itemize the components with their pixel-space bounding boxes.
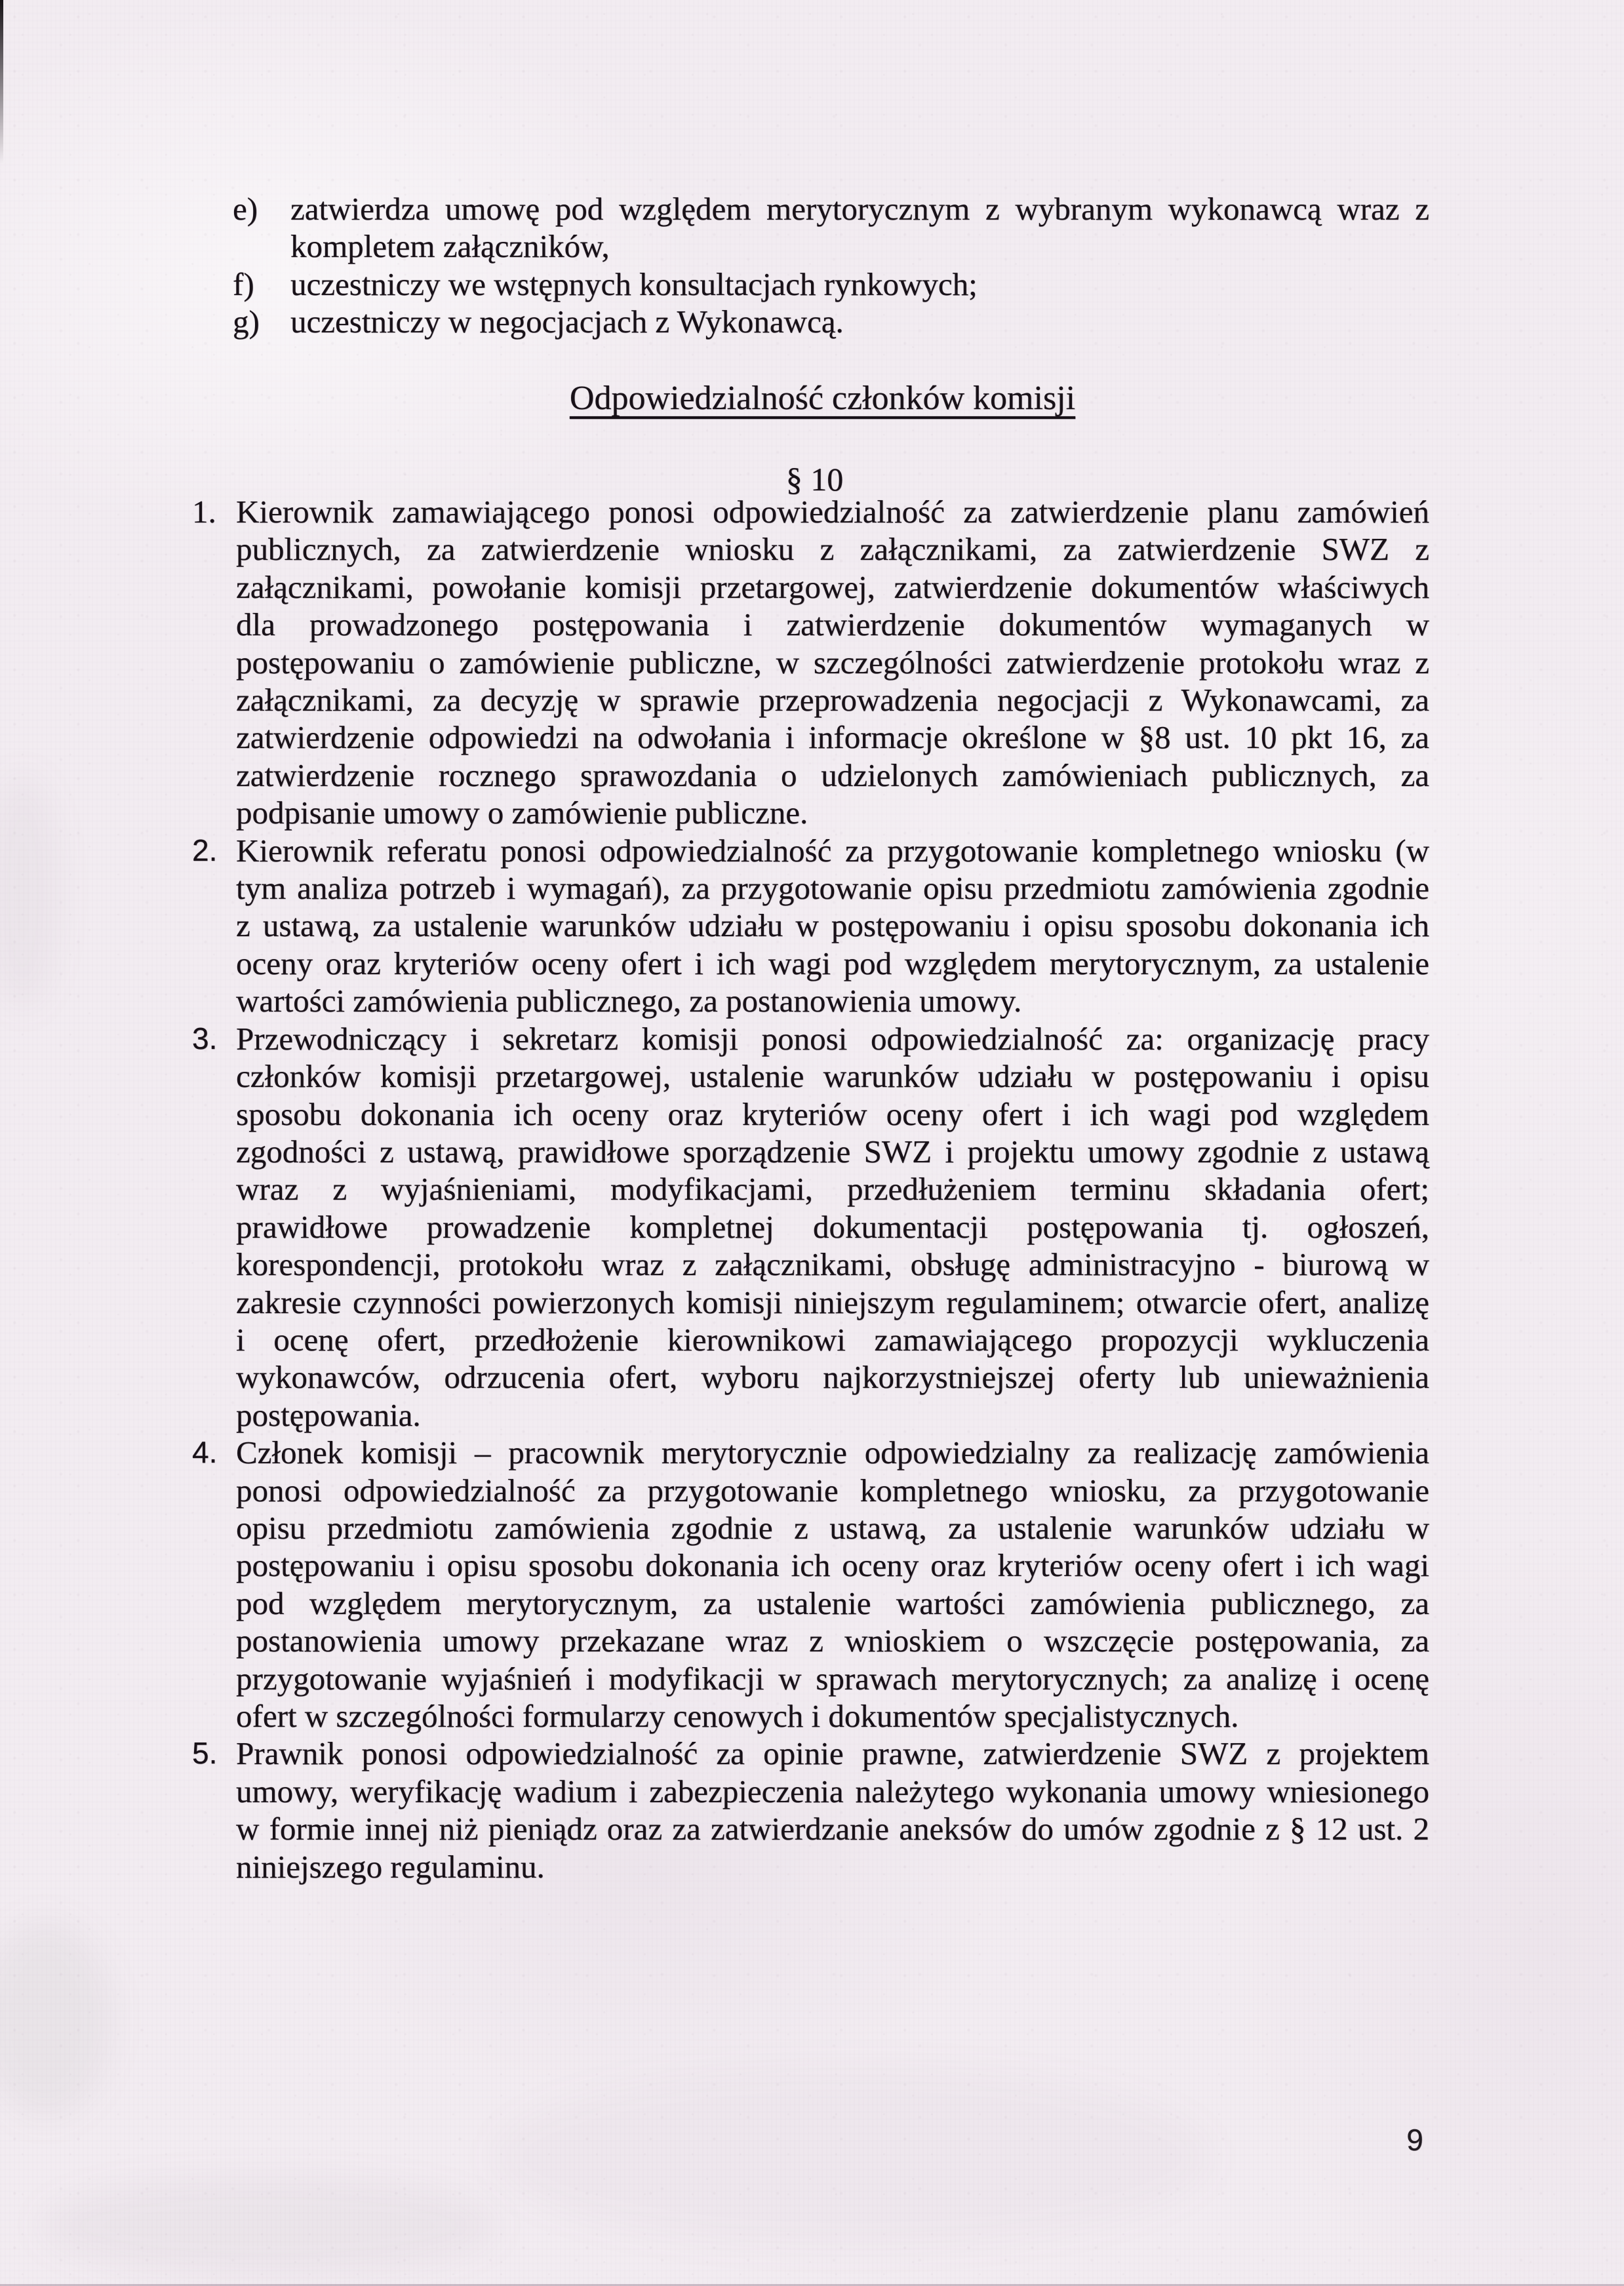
text-line: wraz z wyjaśnieniami, modyfikacjami, prz… — [236, 1170, 1429, 1208]
text-line: ofert w szczególności formularzy cenowyc… — [236, 1697, 1429, 1735]
text-line: korespondencji, protokołu wraz z załączn… — [236, 1246, 1429, 1283]
text-line: umowy, weryfikację wadium i zabezpieczen… — [236, 1773, 1429, 1810]
scan-smudge — [39, 2177, 498, 2275]
text-line: w formie innej niż pieniądz oraz za zatw… — [236, 1810, 1429, 1847]
item-label: e) — [233, 190, 290, 227]
item-label: g) — [233, 303, 290, 340]
text-line: zakresie czynności powierzonych komisji … — [236, 1284, 1429, 1321]
heading-row: Odpowiedzialność członków komisji — [10, 379, 1624, 418]
item-text: Kierownik zamawiającego ponosi odpowiedz… — [236, 493, 1429, 832]
text-line: niniejszego regulaminu. — [236, 1848, 1429, 1885]
item-label: 2. — [192, 832, 236, 869]
item-text: uczestniczy w negocjacjach z Wykonawcą. — [290, 303, 1429, 340]
text-line: postępowaniu o zamówienie publiczne, w s… — [236, 644, 1429, 681]
text-line: prawidłowe prowadzenie kompletnej dokume… — [236, 1208, 1429, 1246]
scanned-document-page: { "page_number": "9", "heading": "Odpowi… — [0, 0, 1624, 2286]
list-item: 1.Kierownik zamawiającego ponosi odpowie… — [192, 493, 1429, 832]
section-heading: Odpowiedzialność członków komisji — [570, 380, 1075, 417]
item-text: Prawnik ponosi odpowiedzialność za opini… — [236, 1735, 1429, 1885]
scan-smudge — [492, 2065, 1213, 2249]
text-line: Kierownik referatu ponosi odpowiedzialno… — [236, 832, 1429, 869]
text-line: oceny oraz kryteriów oceny ofert i ich w… — [236, 945, 1429, 982]
text-line: uczestniczy w negocjacjach z Wykonawcą. — [290, 303, 1429, 340]
item-text: uczestniczy we wstępnych konsultacjach r… — [290, 266, 1429, 303]
list-item: g)uczestniczy w negocjacjach z Wykonawcą… — [233, 303, 1429, 340]
numbered-list: 1.Kierownik zamawiającego ponosi odpowie… — [192, 493, 1429, 1885]
item-text: Przewodniczący i sekretarz komisji ponos… — [236, 1020, 1429, 1434]
list-item: 5.Prawnik ponosi odpowiedzialność za opi… — [192, 1735, 1429, 1885]
text-line: zatwierdza umowę pod względem merytorycz… — [290, 190, 1429, 227]
text-line: publicznych, za zatwierdzenie wniosku z … — [236, 530, 1429, 568]
text-line: zatwierdzenie odpowiedzi na odwołania i … — [236, 719, 1429, 756]
text-line: kompletem załączników, — [290, 227, 1429, 265]
text-line: sposobu dokonania ich oceny oraz kryteri… — [236, 1095, 1429, 1133]
text-line: członków komisji przetargowej, ustalenie… — [236, 1057, 1429, 1095]
list-item: 2.Kierownik referatu ponosi odpowiedzial… — [192, 832, 1429, 1020]
item-label: 1. — [192, 493, 236, 530]
scan-edge-artifact — [0, 0, 3, 164]
item-text: Kierownik referatu ponosi odpowiedzialno… — [236, 832, 1429, 1020]
text-line: pod względem merytorycznym, za ustalenie… — [236, 1585, 1429, 1622]
text-line: opisu przedmiotu zamówienia zgodnie z us… — [236, 1509, 1429, 1547]
text-line: ponosi odpowiedzialność za przygotowanie… — [236, 1472, 1429, 1509]
text-line: zatwierdzenie rocznego sprawozdania o ud… — [236, 757, 1429, 794]
item-label: 3. — [192, 1020, 236, 1057]
text-line: Kierownik zamawiającego ponosi odpowiedz… — [236, 493, 1429, 530]
lettered-list: e)zatwierdza umowę pod względem merytory… — [233, 190, 1429, 341]
list-item: e)zatwierdza umowę pod względem merytory… — [233, 190, 1429, 266]
text-line: z ustawą, za ustalenie warunków udziału … — [236, 907, 1429, 944]
text-line: załącznikami, za decyzję w sprawie przep… — [236, 681, 1429, 719]
page-number: 9 — [1389, 2123, 1441, 2157]
item-label: 4. — [192, 1434, 236, 1471]
text-line: postępowaniu i opisu sposobu dokonania i… — [236, 1547, 1429, 1584]
text-line: zgodności z ustawą, prawidłowe sporządze… — [236, 1133, 1429, 1170]
text-line: Przewodniczący i sekretarz komisji ponos… — [236, 1020, 1429, 1057]
text-line: Członek komisji – pracownik merytoryczni… — [236, 1434, 1429, 1471]
item-label: 5. — [192, 1735, 236, 1772]
text-line: wykonawców, odrzucenia ofert, wyboru naj… — [236, 1358, 1429, 1396]
text-line: podpisanie umowy o zamówienie publiczne. — [236, 794, 1429, 831]
text-line: Prawnik ponosi odpowiedzialność za opini… — [236, 1735, 1429, 1772]
list-item: 3.Przewodniczący i sekretarz komisji pon… — [192, 1020, 1429, 1434]
text-line: wartości zamówienia publicznego, za post… — [236, 982, 1429, 1019]
text-line: postępowania. — [236, 1396, 1429, 1434]
text-line: załącznikami, powołanie komisji przetarg… — [236, 568, 1429, 606]
text-line: dla prowadzonego postępowania i zatwierd… — [236, 606, 1429, 643]
text-line: i ocenę ofert, przedłożenie kierownikowi… — [236, 1321, 1429, 1358]
text-line: postanowienia umowy przekazane wraz z wn… — [236, 1622, 1429, 1659]
text-line: uczestniczy we wstępnych konsultacjach r… — [290, 266, 1429, 303]
item-label: f) — [233, 266, 290, 303]
list-item: f)uczestniczy we wstępnych konsultacjach… — [233, 266, 1429, 303]
text-line: tym analiza potrzeb i wymagań), za przyg… — [236, 869, 1429, 907]
item-text: zatwierdza umowę pod względem merytorycz… — [290, 190, 1429, 266]
text-line: przygotowanie wyjaśnień i modyfikacji w … — [236, 1660, 1429, 1697]
item-text: Członek komisji – pracownik merytoryczni… — [236, 1434, 1429, 1735]
paragraph-number: § 10 — [786, 461, 844, 498]
list-item: 4.Członek komisji – pracownik merytorycz… — [192, 1434, 1429, 1735]
